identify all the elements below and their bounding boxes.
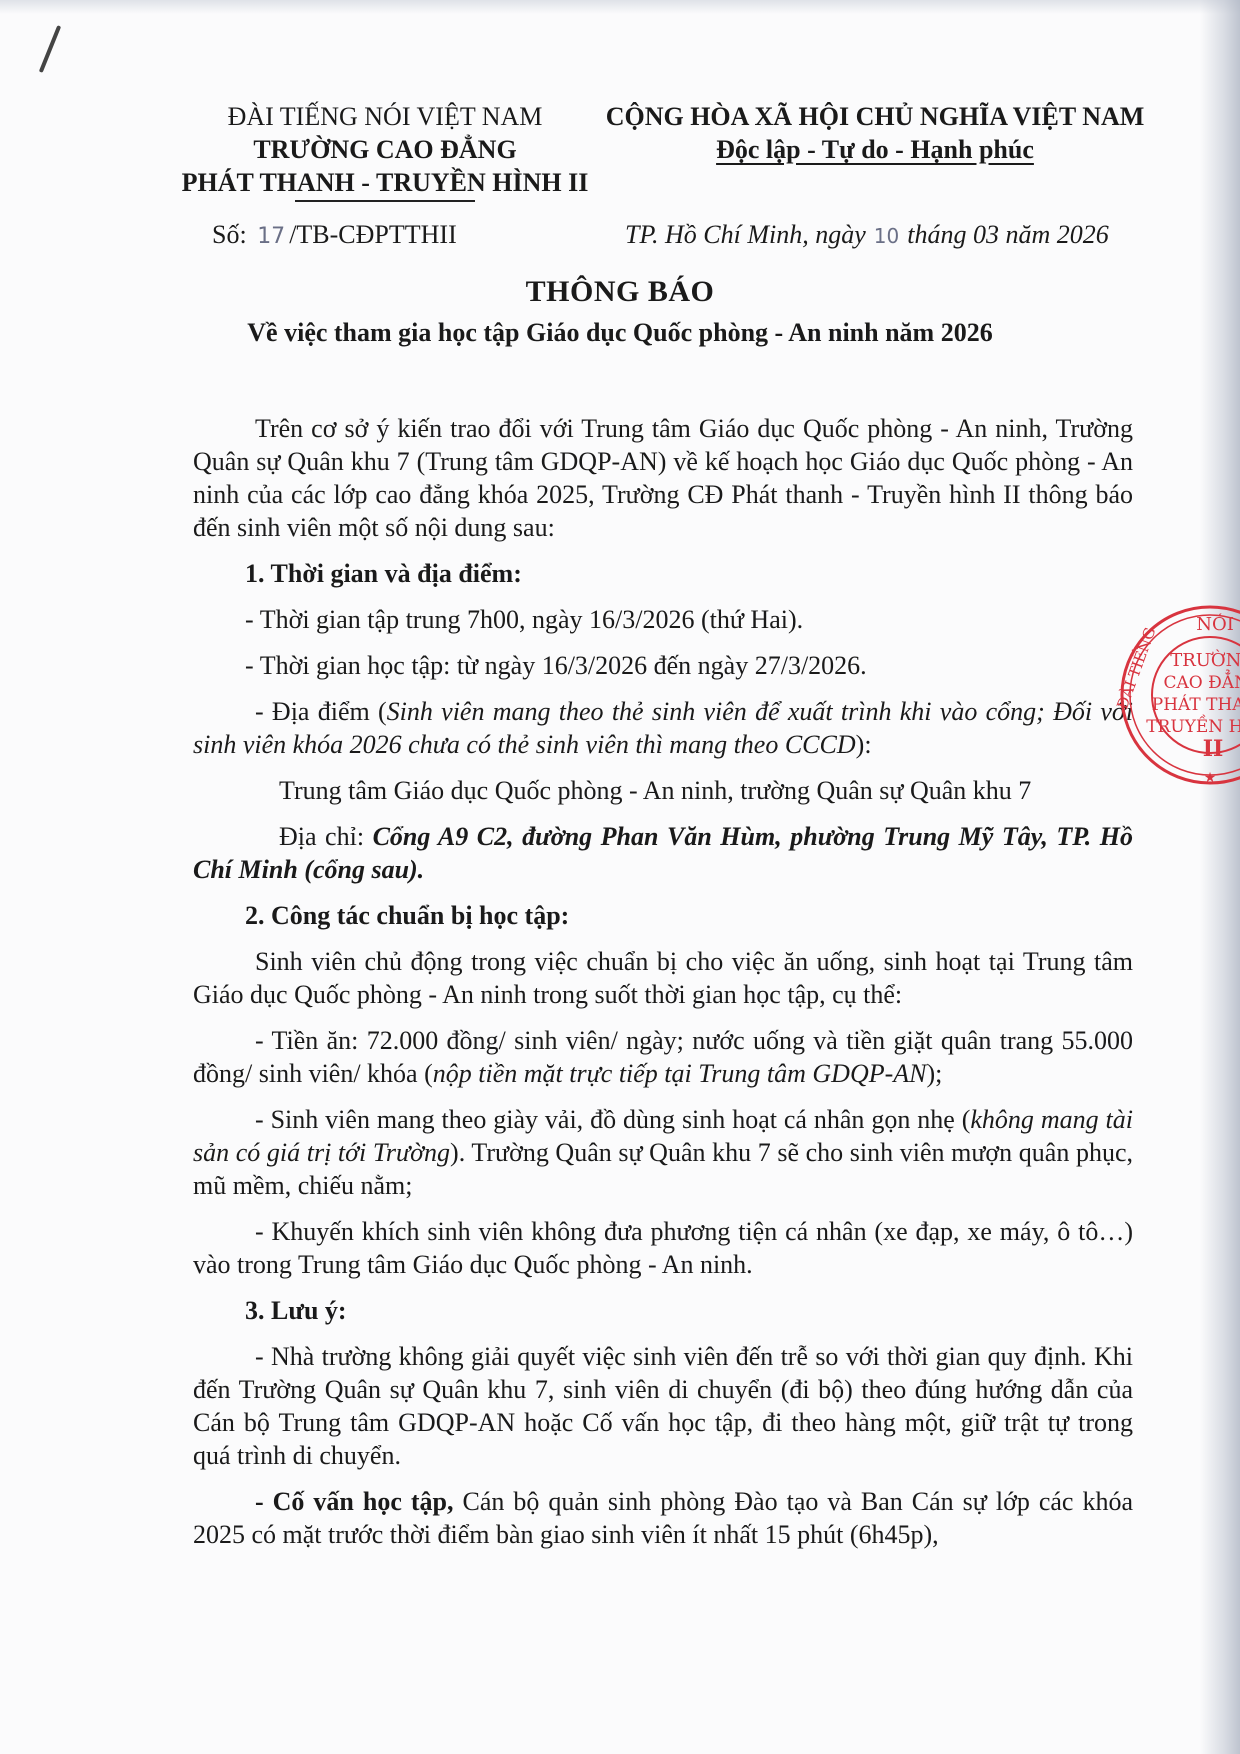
nation-line-1: CỘNG HÒA XÃ HỘI CHỦ NGHĨA VIỆT NAM (590, 100, 1160, 133)
venue-name: Trung tâm Giáo dục Quốc phòng - An ninh,… (193, 774, 1133, 807)
scan-shadow-top (0, 0, 1240, 14)
stamp-line-1: TRƯỜNG (1170, 648, 1240, 671)
section-3-item-1: - Nhà trường không giải quyết việc sinh … (193, 1340, 1133, 1472)
document-subtitle: Về việc tham gia học tập Giáo dục Quốc p… (0, 318, 1240, 348)
section-3-item-2: - Cố vấn học tập, Cán bộ quản sinh phòng… (193, 1485, 1133, 1551)
section-1-heading: 1. Thời gian và địa điểm: (193, 557, 1133, 590)
section-2-heading: 2. Công tác chuẩn bị học tập: (193, 899, 1133, 932)
document-page: ĐÀI TIẾNG NÓI VIỆT NAM TRƯỜNG CAO ĐẲNG P… (0, 0, 1240, 1754)
stamp-line-2: CAO ĐẲNG (1163, 669, 1240, 693)
venue-address: Địa chỉ: Cổng A9 C2, đường Phan Văn Hùm,… (193, 820, 1133, 886)
document-title: THÔNG BÁO (0, 275, 1240, 309)
doc-number-suffix: /TB-CĐPTTHII (289, 220, 457, 249)
section-2-vehicles: - Khuyến khích sinh viên không đưa phươn… (193, 1215, 1133, 1281)
org-line-2: TRƯỜNG CAO ĐẲNG (160, 133, 610, 166)
national-header: CỘNG HÒA XÃ HỘI CHỦ NGHĨA VIỆT NAM Độc l… (590, 100, 1160, 166)
section-1-location: - Địa điểm (Sinh viên mang theo thẻ sinh… (193, 695, 1133, 761)
org-underline (295, 200, 475, 202)
section-3-heading: 3. Lưu ý: (193, 1294, 1133, 1327)
pen-mark (39, 25, 61, 73)
intro-paragraph: Trên cơ sở ý kiến trao đổi với Trung tâm… (193, 412, 1133, 544)
section-1-item-2: - Thời gian học tập: từ ngày 16/3/2026 đ… (193, 649, 1133, 682)
nation-motto: Độc lập - Tự do - Hạnh phúc (716, 133, 1034, 166)
doc-number-prefix: Số: (212, 220, 247, 249)
org-line-1: ĐÀI TIẾNG NÓI VIỆT NAM (160, 100, 610, 133)
stamp-line-5: II (1203, 736, 1224, 762)
doc-number-handwritten: 17 (257, 224, 285, 249)
date-prefix: TP. Hồ Chí Minh, ngày (625, 220, 866, 249)
date-suffix: tháng 03 năm 2026 (907, 220, 1109, 249)
organization-header: ĐÀI TIẾNG NÓI VIỆT NAM TRƯỜNG CAO ĐẲNG P… (160, 100, 610, 202)
date-day-handwritten: 10 (874, 224, 899, 248)
document-number: Số: 17/TB-CĐPTTHII (212, 220, 457, 250)
document-date: TP. Hồ Chí Minh, ngày10tháng 03 năm 2026 (625, 220, 1109, 250)
document-body: Trên cơ sở ý kiến trao đổi với Trung tâm… (193, 412, 1133, 1551)
section-2-fees: - Tiền ăn: 72.000 đồng/ sinh viên/ ngày;… (193, 1024, 1133, 1090)
section-1-item-1: - Thời gian tập trung 7h00, ngày 16/3/20… (193, 603, 1133, 636)
stamp-line-4: TRUYỀN HÌNH (1146, 715, 1240, 737)
stamp-line-3: PHÁT THANH (1152, 694, 1240, 715)
star-icon: ★ (1204, 770, 1217, 786)
stamp-top-arc: NÓI (1196, 612, 1234, 635)
scan-shadow-edge (1200, 0, 1240, 1754)
section-2-items: - Sinh viên mang theo giày vải, đồ dùng … (193, 1103, 1133, 1202)
org-line-3: PHÁT THANH - TRUYỀN HÌNH II (160, 166, 610, 199)
official-seal-stamp: NÓI ĐÀI TIẾNG TRƯỜNG CAO ĐẲNG PHÁT THANH… (1115, 600, 1240, 790)
section-2-intro: Sinh viên chủ động trong việc chuẩn bị c… (193, 945, 1133, 1011)
